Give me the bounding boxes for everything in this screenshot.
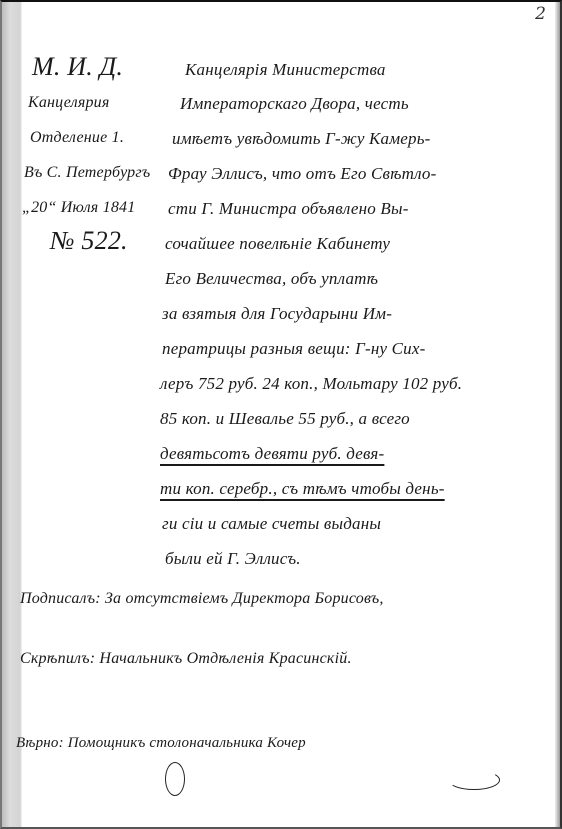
body-line: ти коп. серебр., съ тѣмъ чтобы день- xyxy=(160,479,445,499)
margin-department: Отделение 1. xyxy=(30,129,124,147)
body-line: сочайшее повелѣніе Кабинету xyxy=(165,234,390,254)
body-line: сти Г. Министра объявлено Вы- xyxy=(168,199,409,219)
attestation-line: Вѣрно: Помощникъ столоначальника Кочер xyxy=(16,735,306,752)
body-line: Канцелярія Министерства xyxy=(185,60,386,80)
body-line: ператрицы разныя вещи: Г-ну Сих- xyxy=(162,339,426,359)
body-line: Фрау Эллисъ, что отъ Его Свѣтло- xyxy=(168,164,437,184)
margin-place: Въ С. Петербургъ xyxy=(24,164,150,182)
margin-date: „20“ Июля 1841 xyxy=(22,199,135,217)
body-line: 85 коп. и Шевалье 55 руб., а всего xyxy=(160,409,410,429)
page-number: 2 xyxy=(535,4,546,24)
body-line: Императорскаго Двора, честь xyxy=(180,94,409,114)
scan-gutter-right xyxy=(555,2,560,827)
signature-signed: Подписалъ: За отсутствіемъ Директора Бор… xyxy=(20,590,384,608)
signature-countersigned: Скрѣпилъ: Начальникъ Отдѣленія Красинскі… xyxy=(20,650,352,668)
body-line: ги сіи и самые счеты выданы xyxy=(162,514,381,534)
body-line: были ей Г. Эллисъ. xyxy=(165,549,301,569)
body-line: леръ 752 руб. 24 коп., Мольтару 102 руб. xyxy=(160,374,462,394)
margin-office: Канцелярия xyxy=(28,94,110,112)
scan-gutter-left xyxy=(2,2,22,827)
flourish-loop xyxy=(165,762,185,796)
margin-number: № 522. xyxy=(50,226,128,256)
body-line-underlined: девятьсотъ девяти руб. девя- xyxy=(160,444,384,464)
body-line: за взятыя для Государыни Им- xyxy=(162,304,392,324)
margin-ministry-abbr: М. И. Д. xyxy=(32,52,123,82)
flourish-swash xyxy=(448,770,500,790)
amount-underlined: ти коп. серебр., съ тѣмъ чтобы день- xyxy=(160,479,445,498)
body-line: Его Величества, объ уплатѣ xyxy=(165,269,378,289)
body-line: имѣетъ увѣдомить Г-жу Камерь- xyxy=(172,129,431,149)
